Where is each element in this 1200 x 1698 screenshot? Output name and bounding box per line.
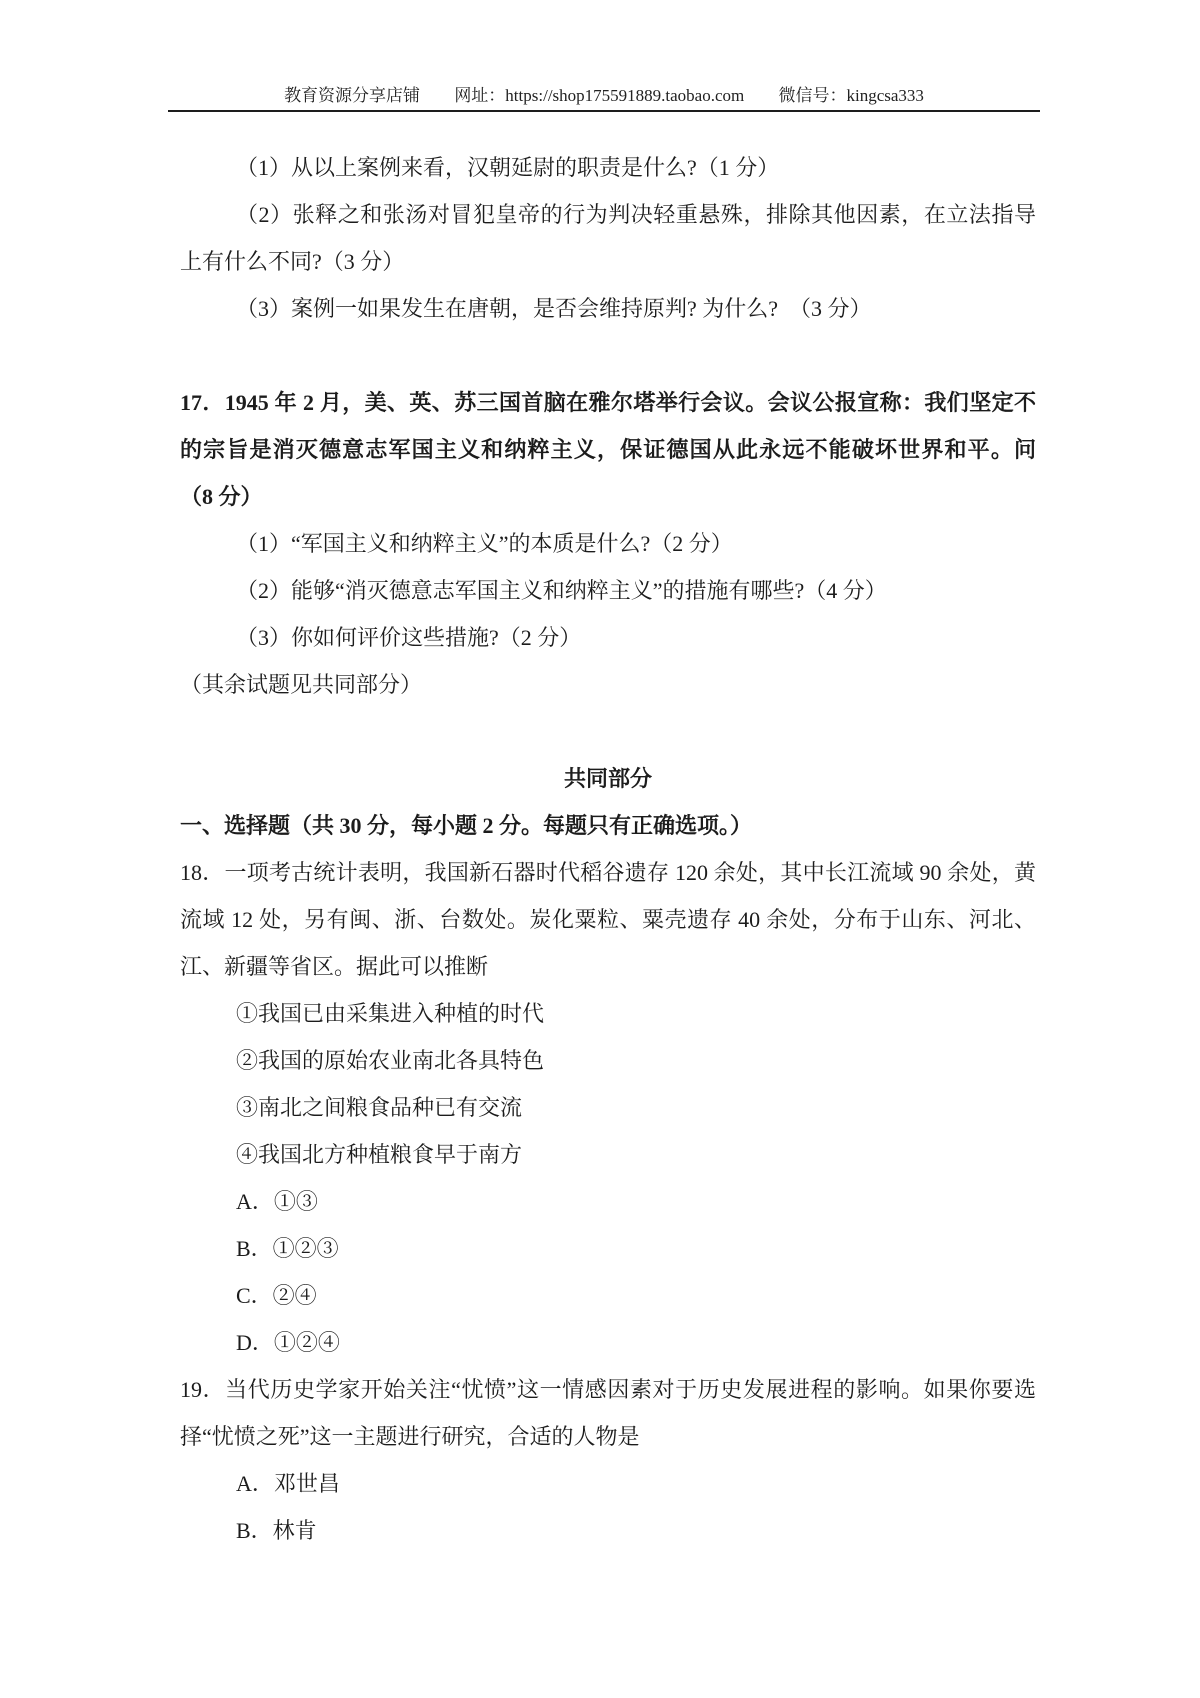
q16-part-3: （3）案例一如果发生在唐朝，是否会维持原判? 为什么? （3 分） [180,285,1036,332]
q16-part-2-line-1: （2）张释之和张汤对冒犯皇帝的行为判决轻重悬殊，排除其他因素，在立法指导思想 [180,191,1036,238]
q19-choice-a: A．邓世昌 [180,1460,1036,1507]
q18-item-4: ④我国北方种植粮食早于南方 [180,1131,1036,1178]
q18-stem-line-1: 18．一项考古统计表明，我国新石器时代稻谷遗存 120 余处，其中长江流域 90… [180,849,1036,896]
q18-choice-a: A．①③ [180,1178,1036,1225]
spacer [180,332,1036,379]
q17-stem-line-1: 17．1945 年 2 月，美、英、苏三国首脑在雅尔塔举行会议。会议公报宣称：我… [180,379,1036,426]
choice-section-heading: 一、选择题（共 30 分，每小题 2 分。每题只有正确选项。） [180,802,1036,849]
q17-sub-1: （1）“军国主义和纳粹主义”的本质是什么?（2 分） [180,520,1036,567]
common-section-title: 共同部分 [180,755,1036,802]
q18-item-3: ③南北之间粮食品种已有交流 [180,1084,1036,1131]
q19-stem-line-2: 择“忧愤之死”这一主题进行研究，合适的人物是 [180,1413,1036,1460]
page-header: 教育资源分享店铺 网址：https://shop175591889.taobao… [168,82,1040,110]
q18-item-2: ②我国的原始农业南北各具特色 [180,1037,1036,1084]
q16-part-1: （1）从以上案例来看，汉朝延尉的职责是什么?（1 分） [180,144,1036,191]
q18-choice-d: D．①②④ [180,1319,1036,1366]
shop-url: 网址：https://shop175591889.taobao.com [454,86,744,105]
q18-item-1: ①我国已由采集进入种植的时代 [180,990,1036,1037]
q17-note: （其余试题见共同部分） [180,661,1036,708]
q17-stem-line-2: 的宗旨是消灭德意志军国主义和纳粹主义，保证德国从此永远不能破坏世界和平。问题： [180,426,1036,473]
q18-choice-c: C．②④ [180,1272,1036,1319]
q18-choice-b: B．①②③ [180,1225,1036,1272]
q19-choice-b: B．林肯 [180,1507,1036,1554]
wechat-id: 微信号：kingcsa333 [779,86,924,105]
header-divider [168,110,1040,112]
exam-page: 教育资源分享店铺 网址：https://shop175591889.taobao… [0,0,1200,1698]
q17-score-label: （8 分） [180,473,1036,520]
q18-stem-line-2: 流域 12 处，另有闽、浙、台数处。炭化粟粒、粟壳遗存 40 余处，分布于山东、… [180,896,1036,943]
q16-part-2-line-2: 上有什么不同?（3 分） [180,238,1036,285]
shop-name: 教育资源分享店铺 [284,86,420,105]
spacer [180,708,1036,755]
q17-sub-2: （2）能够“消灭德意志军国主义和纳粹主义”的措施有哪些?（4 分） [180,567,1036,614]
q18-stem-line-3: 江、新疆等省区。据此可以推断 [180,943,1036,990]
q19-stem-line-1: 19．当代历史学家开始关注“忧愤”这一情感因素对于历史发展进程的影响。如果你要选 [180,1366,1036,1413]
q17-sub-3: （3）你如何评价这些措施?（2 分） [180,614,1036,661]
document-body: （1）从以上案例来看，汉朝延尉的职责是什么?（1 分） （2）张释之和张汤对冒犯… [180,144,1036,1554]
